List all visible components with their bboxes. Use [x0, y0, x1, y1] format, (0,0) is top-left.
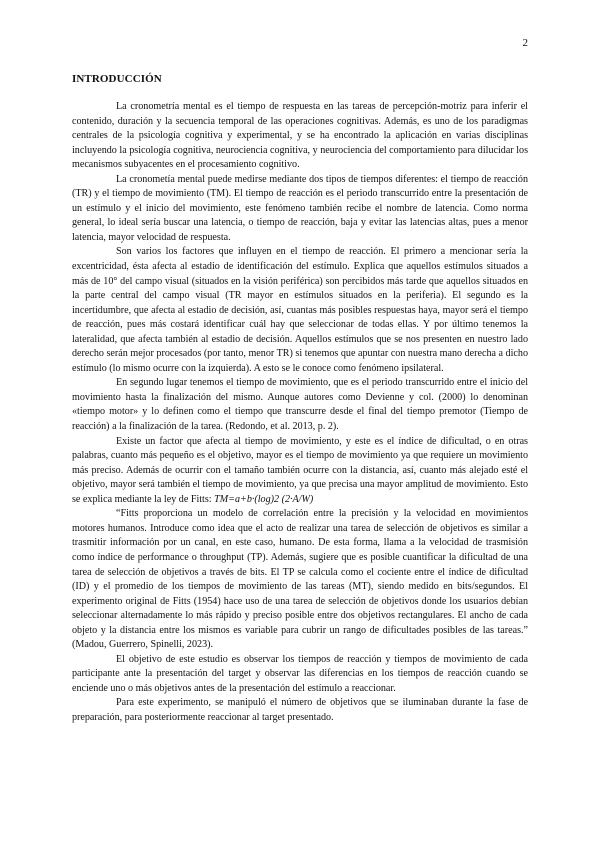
- paragraph: Para este experimento, se manipuló el nú…: [72, 696, 528, 725]
- paragraph: La cronometría mental es el tiempo de re…: [72, 100, 528, 173]
- section-heading: INTRODUCCIÓN: [72, 73, 162, 85]
- document-page: 2 INTRODUCCIÓN La cronometría mental es …: [0, 0, 600, 848]
- fitts-formula: TM=a+b·(log)2 (2·A/W): [214, 494, 313, 505]
- body-text: La cronometría mental es el tiempo de re…: [72, 100, 528, 726]
- paragraph: La cronometía mental puede medirse media…: [72, 173, 528, 246]
- paragraph: En segundo lugar tenemos el tiempo de mo…: [72, 376, 528, 434]
- quote-paragraph: “Fitts proporciona un modelo de correlac…: [72, 507, 528, 652]
- page-number: 2: [523, 37, 529, 50]
- paragraph-fitts: Existe un factor que afecta al tiempo de…: [72, 435, 528, 508]
- paragraph: Son varios los factores que influyen en …: [72, 245, 528, 376]
- paragraph: El objetivo de este estudio es observar …: [72, 653, 528, 697]
